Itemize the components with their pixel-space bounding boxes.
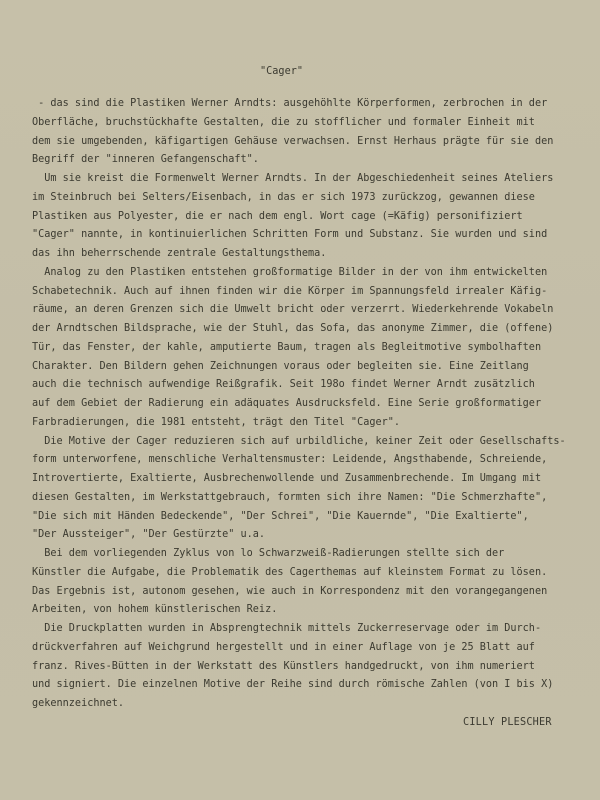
text-line: räume, an deren Grenzen sich die Umwelt … xyxy=(32,301,572,320)
text-line: Die Motive der Cager reduzieren sich auf… xyxy=(32,433,572,452)
text-line: Begriff der "inneren Gefangenschaft". xyxy=(32,151,572,170)
text-line: Das Ergebnis ist, autonom gesehen, wie a… xyxy=(32,583,572,602)
text-line: Die Druckplatten wurden in Absprengtechn… xyxy=(32,620,572,639)
text-line: dem sie umgebenden, käfigartigen Gehäuse… xyxy=(32,133,572,152)
text-line: Oberfläche, bruchstückhafte Gestalten, d… xyxy=(32,114,572,133)
document-title: "Cager" xyxy=(0,66,563,77)
text-line: das ihn beherrschende zentrale Gestaltun… xyxy=(32,245,572,264)
text-line: Analog zu den Plastiken entstehen großfo… xyxy=(32,264,572,283)
text-line: Um sie kreist die Formenwelt Werner Arnd… xyxy=(32,170,572,189)
text-line: drückverfahren auf Weichgrund hergestell… xyxy=(32,639,572,658)
text-line: und signiert. Die einzelnen Motive der R… xyxy=(32,676,572,695)
text-line: Plastiken aus Polyester, die er nach dem… xyxy=(32,208,572,227)
text-line: "Die sich mit Händen Bedeckende", "Der S… xyxy=(32,508,572,527)
text-line: der Arndtschen Bildsprache, wie der Stuh… xyxy=(32,320,572,339)
text-line: form unterworfene, menschliche Verhalten… xyxy=(32,451,572,470)
text-line: Künstler die Aufgabe, die Problematik de… xyxy=(32,564,572,583)
text-line: Schabetechnik. Auch auf ihnen finden wir… xyxy=(32,283,572,302)
text-line: auf dem Gebiet der Radierung ein adäquat… xyxy=(32,395,572,414)
text-line: Charakter. Den Bildern gehen Zeichnungen… xyxy=(32,358,572,377)
text-line: Arbeiten, von hohem künstlerischen Reiz. xyxy=(32,601,572,620)
text-line: "Cager" nannte, in kontinuierlichen Schr… xyxy=(32,226,572,245)
text-line: auch die technisch aufwendige Reißgrafik… xyxy=(32,376,572,395)
document-body: - das sind die Plastiken Werner Arndts: … xyxy=(32,95,572,714)
document-page: "Cager" - das sind die Plastiken Werner … xyxy=(0,0,600,800)
text-line: Tür, das Fenster, der kahle, amputierte … xyxy=(32,339,572,358)
author-signature: CILLY PLESCHER xyxy=(463,717,552,728)
text-line: gekennzeichnet. xyxy=(32,695,572,714)
text-line: diesen Gestalten, im Werkstattgebrauch, … xyxy=(32,489,572,508)
text-line: im Steinbruch bei Selters/Eisenbach, in … xyxy=(32,189,572,208)
text-line: franz. Rives-Bütten in der Werkstatt des… xyxy=(32,658,572,677)
text-line: "Der Aussteiger", "Der Gestürzte" u.a. xyxy=(32,526,572,545)
text-line: - das sind die Plastiken Werner Arndts: … xyxy=(32,95,572,114)
text-line: Farbradierungen, die 1981 entsteht, träg… xyxy=(32,414,572,433)
text-line: Bei dem vorliegenden Zyklus von lo Schwa… xyxy=(32,545,572,564)
text-line: Introvertierte, Exaltierte, Ausbrechenwo… xyxy=(32,470,572,489)
